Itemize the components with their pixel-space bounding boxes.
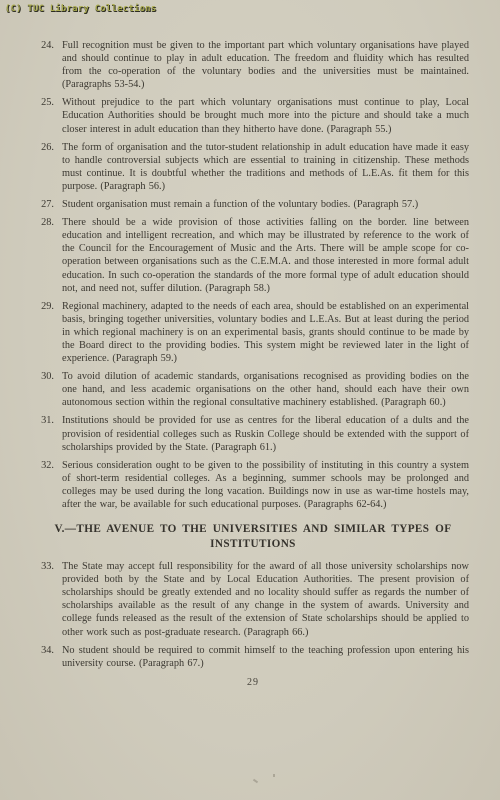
item-number: 26. xyxy=(37,141,54,193)
list-item: 31. Institutions should be provided for … xyxy=(37,414,469,453)
list-item: 33. The State may accept full responsibi… xyxy=(37,560,469,639)
item-number: 30. xyxy=(37,370,54,409)
list-item: 24. Full recognition must be given to th… xyxy=(37,39,469,91)
list-item: 32. Serious consideration ought to be gi… xyxy=(37,459,469,511)
section-heading: V.—THE AVENUE TO THE UNIVERSITIES AND SI… xyxy=(37,522,469,552)
item-number: 25. xyxy=(37,96,54,135)
item-text: Institutions should be provided for use … xyxy=(62,414,469,453)
item-text: No student should be required to commit … xyxy=(62,644,469,670)
item-number: 32. xyxy=(37,459,54,511)
item-text: Without prejudice to the part which volu… xyxy=(62,96,469,135)
library-watermark: (C) TUC Library Collections xyxy=(5,4,157,14)
item-number: 34. xyxy=(37,644,54,670)
scan-speck xyxy=(253,779,258,784)
item-text: Serious consideration ought to be given … xyxy=(62,459,469,511)
item-number: 33. xyxy=(37,560,54,639)
item-number: 24. xyxy=(37,39,54,91)
item-number: 29. xyxy=(37,300,54,365)
item-number: 31. xyxy=(37,414,54,453)
section-heading-line2: INSTITUTIONS xyxy=(37,537,469,552)
scanned-page: (C) TUC Library Collections 24. Full rec… xyxy=(0,0,500,800)
item-number: 27. xyxy=(37,198,54,211)
list-item: 25. Without prejudice to the part which … xyxy=(37,96,469,135)
item-text: Full recognition must be given to the im… xyxy=(62,39,469,91)
list-item: 28. There should be a wide provision of … xyxy=(37,216,469,295)
page-content: 24. Full recognition must be given to th… xyxy=(37,39,469,688)
page-number: 29 xyxy=(37,677,469,688)
item-text: The State may accept full responsibility… xyxy=(62,560,469,639)
item-text: There should be a wide provision of thos… xyxy=(62,216,469,295)
item-text: Regional machinery, adapted to the needs… xyxy=(62,300,469,365)
item-text: To avoid dilution of academic standards,… xyxy=(62,370,469,409)
scan-speck xyxy=(273,774,275,777)
item-number: 28. xyxy=(37,216,54,295)
list-item: 34. No student should be required to com… xyxy=(37,644,469,670)
section-heading-line1: V.—THE AVENUE TO THE UNIVERSITIES AND SI… xyxy=(55,523,452,535)
list-item: 29. Regional machinery, adapted to the n… xyxy=(37,300,469,365)
list-item: 26. The form of organisation and the tut… xyxy=(37,141,469,193)
list-item: 30. To avoid dilution of academic standa… xyxy=(37,370,469,409)
list-item: 27. Student organisation must remain a f… xyxy=(37,198,469,211)
item-text: Student organisation must remain a funct… xyxy=(62,198,469,211)
item-text: The form of organisation and the tutor-s… xyxy=(62,141,469,193)
